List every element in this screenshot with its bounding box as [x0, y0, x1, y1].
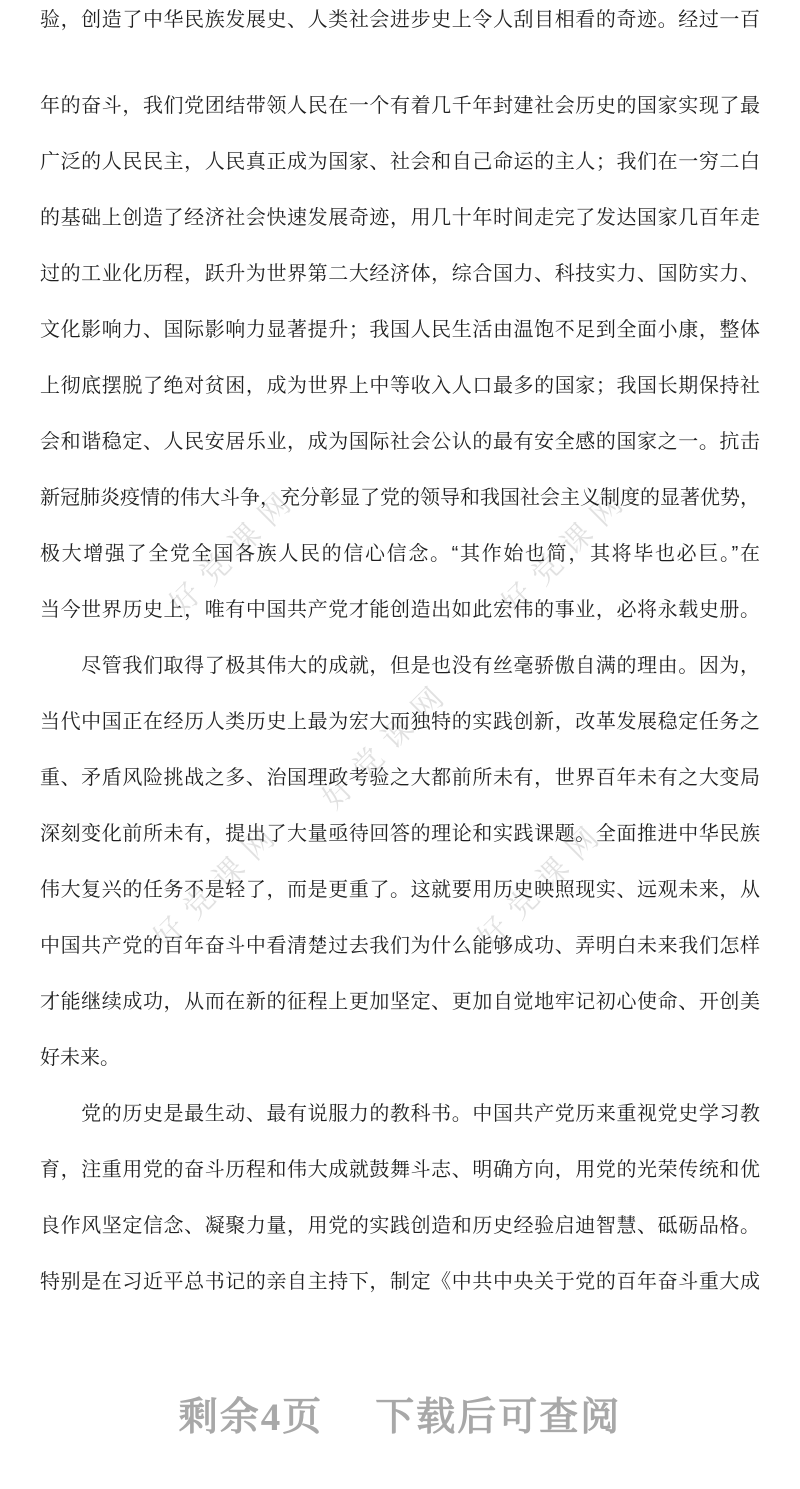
text-line: 尽管我们取得了极其伟大的成就，但是也没有丝毫骄傲自满的理由。因为，: [40, 638, 760, 694]
text-line: 好未来。: [40, 1030, 760, 1086]
text-line: 特别是在习近平总书记的亲自主持下，制定《中共中央关于党的百年奋斗重大成: [40, 1254, 760, 1310]
text-line: 深刻变化前所未有，提出了大量亟待回答的理论和实践课题。全面推进中华民族: [40, 806, 760, 862]
text-line: 年的奋斗，我们党团结带领人民在一个有着几千年封建社会历史的国家实现了最: [40, 78, 760, 134]
text-line: 极大增强了全党全国各族人民的信心信念。“其作始也简，其将毕也必巨。”在: [40, 526, 760, 582]
text-line: 当今世界历史上，唯有中国共产党才能创造出如此宏伟的事业，必将永载史册。: [40, 582, 760, 638]
text-line: 过的工业化历程，跃升为世界第二大经济体，综合国力、科技实力、国防实力、: [40, 246, 760, 302]
document-text-block: 验，创造了中华民族发展史、人类社会进步史上令人刮目相看的奇迹。经过一百 年的奋斗…: [40, 0, 760, 1310]
text-line: 新冠肺炎疫情的伟大斗争，充分彰显了党的领导和我国社会主义制度的显著优势，: [40, 470, 760, 526]
text-line: 育，注重用党的奋斗历程和伟大成就鼓舞斗志、明确方向，用党的光荣传统和优: [40, 1142, 760, 1198]
text-line: 伟大复兴的任务不是轻了，而是更重了。这就要用历史映照现实、远观未来，从: [40, 862, 760, 918]
text-line: 良作风坚定信念、凝聚力量，用党的实践创造和历史经验启迪智慧、砥砺品格。: [40, 1198, 760, 1254]
text-line: 验，创造了中华民族发展史、人类社会进步史上令人刮目相看的奇迹。经过一百: [40, 0, 760, 48]
text-line: 上彻底摆脱了绝对贫困，成为世界上中等收入人口最多的国家；我国长期保持社: [40, 358, 760, 414]
document-page: 好党课网 好党课网 好党课网 好党课网 好党课网 验，创造了中华民族发展史、人类…: [0, 0, 800, 1489]
text-line: 广泛的人民民主，人民真正成为国家、社会和自己命运的主人；我们在一穷二白: [40, 134, 760, 190]
text-line: 的基础上创造了经济社会快速发展奇迹，用几十年时间走完了发达国家几百年走: [40, 190, 760, 246]
text-line: 会和谐稳定、人民安居乐业，成为国际社会公认的最有安全感的国家之一。抗击: [40, 414, 760, 470]
download-hint-label: 下载后可查阅: [375, 1396, 621, 1439]
text-line: 才能继续成功，从而在新的征程上更加坚定、更加自觉地牢记初心使命、开创美: [40, 974, 760, 1030]
text-line: 中国共产党的百年奋斗中看清楚过去我们为什么能够成功、弄明白未来我们怎样: [40, 918, 760, 974]
text-line: 党的历史是最生动、最有说服力的教科书。中国共产党历来重视党史学习教: [40, 1086, 760, 1142]
text-line: 文化影响力、国际影响力显著提升；我国人民生活由温饱不足到全面小康，整体: [40, 302, 760, 358]
remaining-pages-banner: 剩余4页下载后可查阅: [0, 1386, 800, 1442]
text-line: 重、矛盾风险挑战之多、治国理政考验之大都前所未有，世界百年未有之大变局: [40, 750, 760, 806]
pages-left-label: 剩余4页: [179, 1396, 324, 1439]
text-line: 当代中国正在经历人类历史上最为宏大而独特的实践创新，改革发展稳定任务之: [40, 694, 760, 750]
